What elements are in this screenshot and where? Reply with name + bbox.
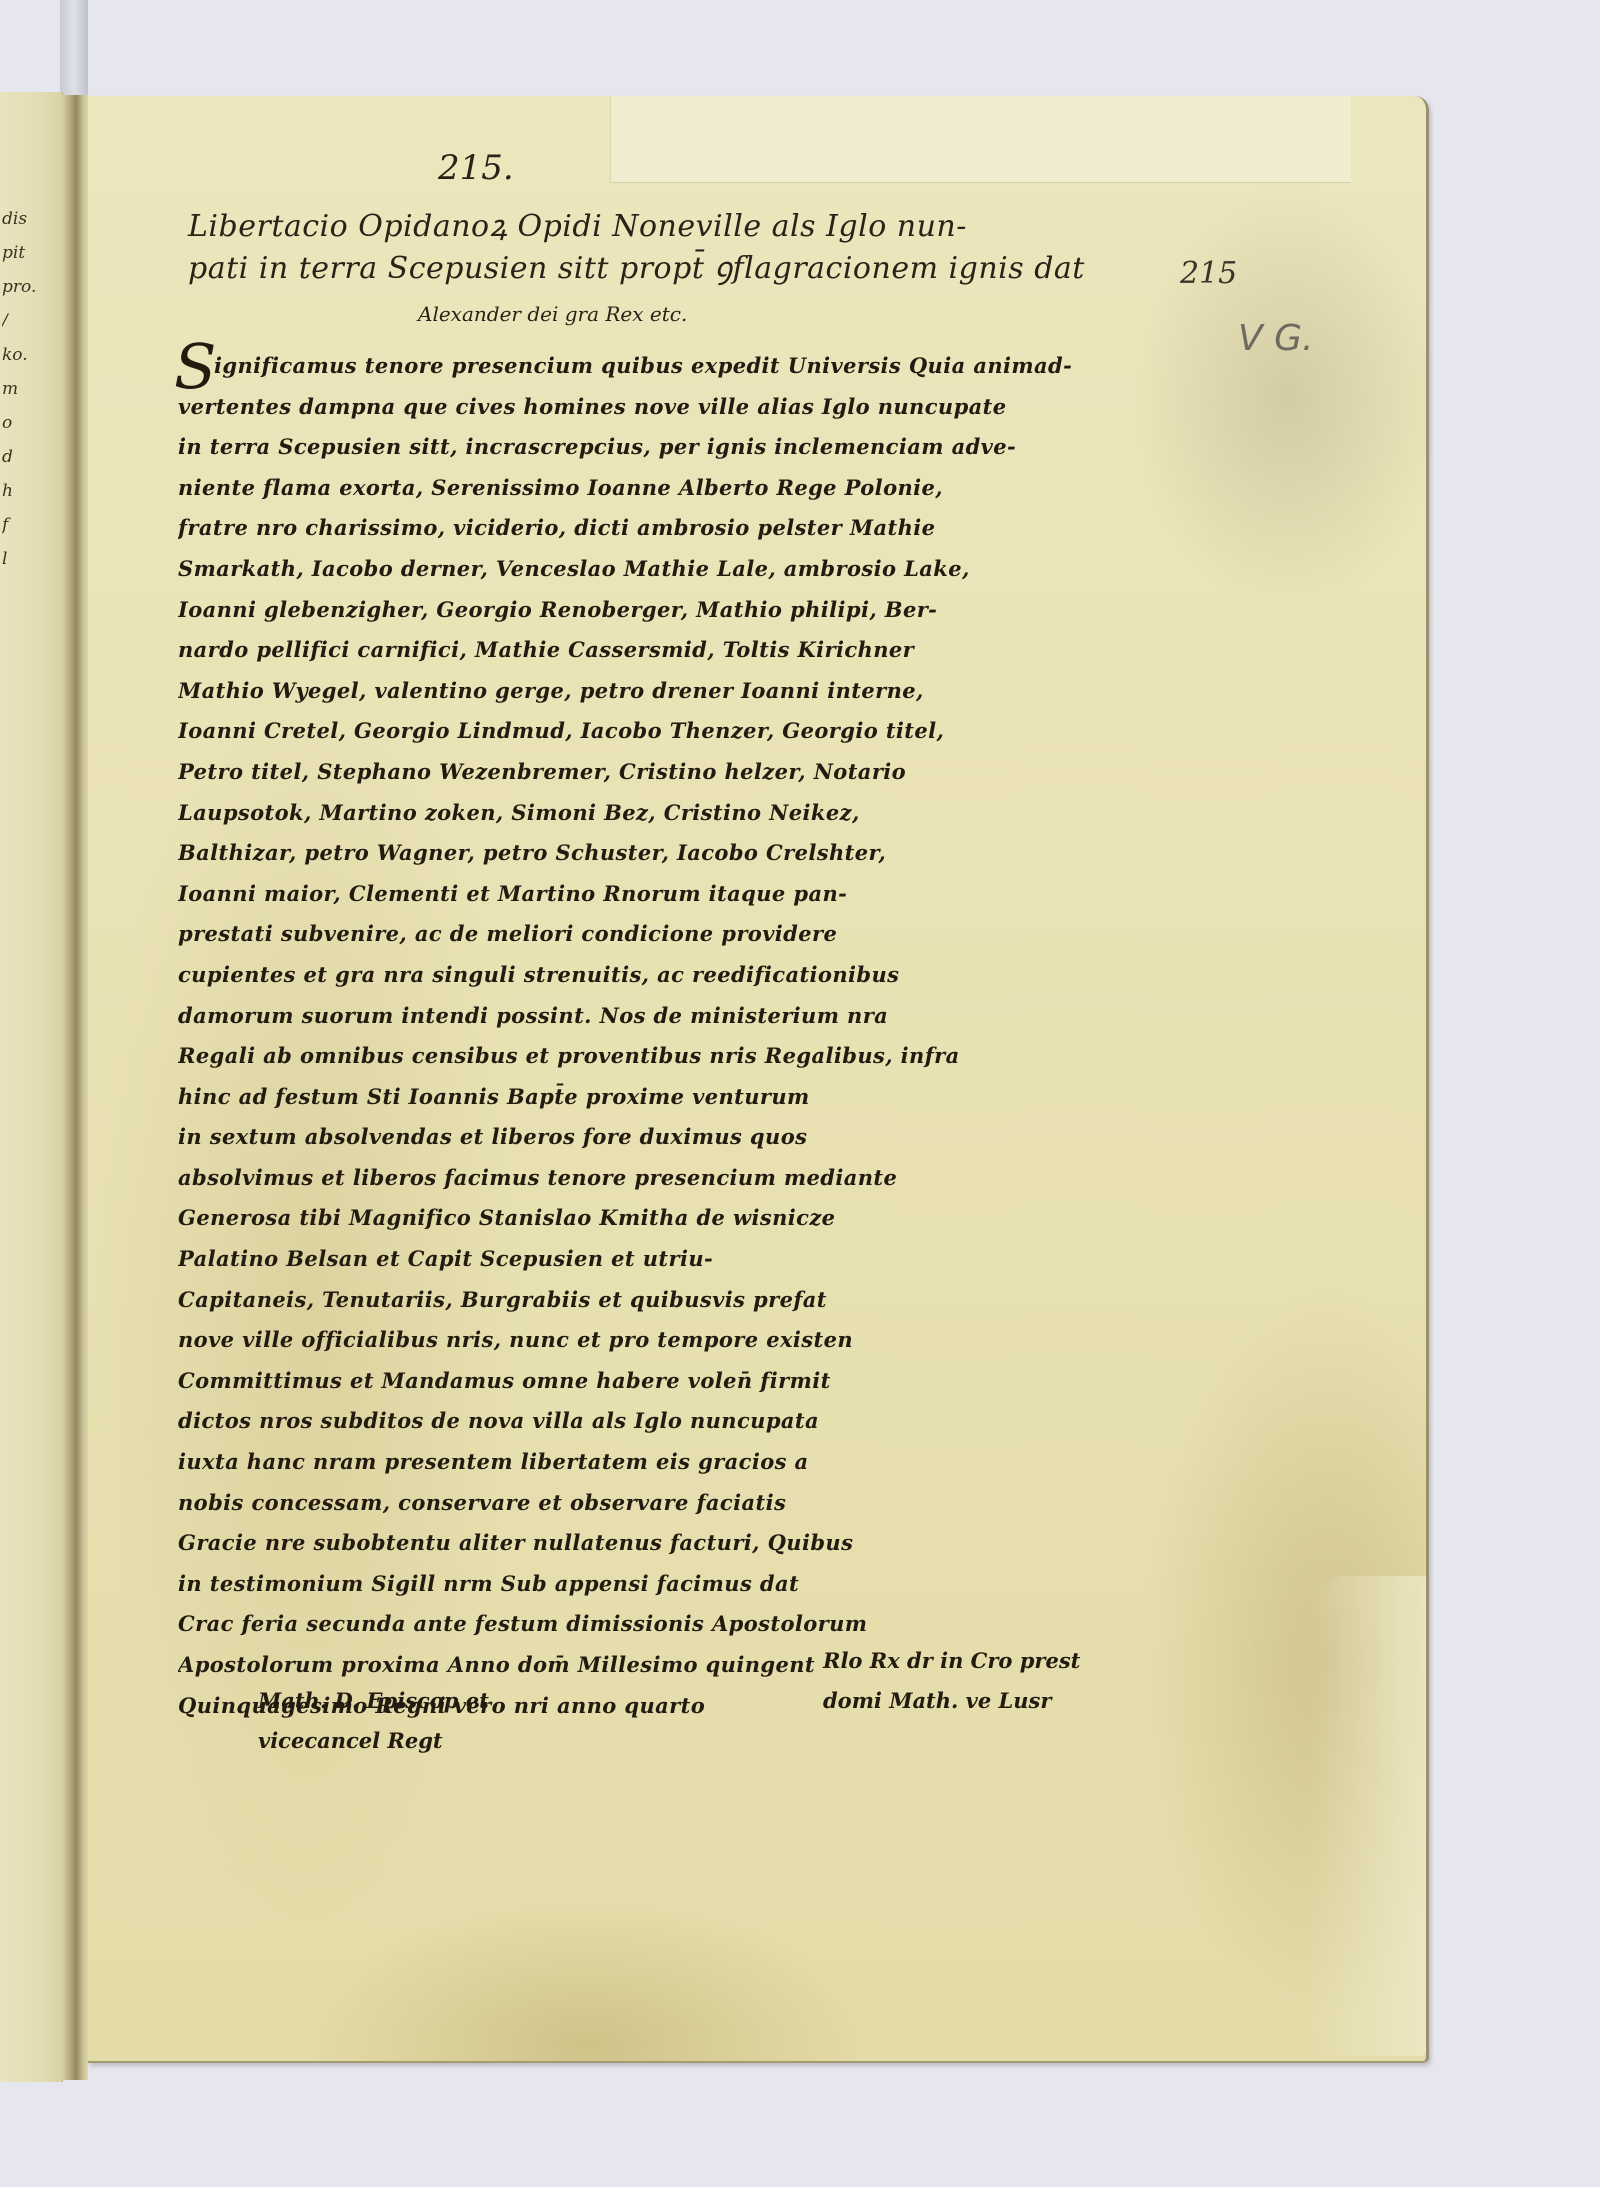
subscription-line: Math. D. Episcop et [258,1681,489,1721]
text-line: Gracie nre subobtentu aliter nullatenus … [178,1523,1298,1564]
text-line: Apostolorum proxima Anno dom̄ Millesimo … [178,1645,1298,1686]
folio-number-margin: 215 [1180,256,1237,291]
text-line: absolvimus et liberos facimus tenore pre… [178,1158,1298,1199]
text-line: fratre nro charissimo, viciderio, dicti … [178,508,1298,549]
fragment: m [2,372,52,406]
text-line: in sextum absolvendas et liberos fore du… [178,1117,1298,1158]
relatio-line: domi Math. ve Lusr [823,1681,1080,1721]
text-line: Ioanni Cretel, Georgio Lindmud, Iacobo T… [178,711,1298,752]
fragment: pit [2,236,52,270]
fragment: o [2,406,52,440]
fragment: l [2,542,52,576]
charter-text: ignificamus tenore presencium quibus exp… [178,346,1298,1726]
text-line: Palatino Belsan et Capit Scepusien et ut… [178,1239,1298,1280]
text-line: iuxta hanc nram presentem libertatem eis… [178,1442,1298,1483]
relatio-note: Rlo Rx dr in Cro prest domi Math. ve Lus… [823,1641,1080,1721]
text-line: ignificamus tenore presencium quibus exp… [178,346,1298,387]
text-line: nobis concessam, conservare et observare… [178,1483,1298,1524]
text-line: nardo pellifici carnifici, Mathie Casser… [178,630,1298,671]
water-stain [1306,1576,1426,2056]
fragment: d [2,440,52,474]
text-line: Ioanni maior, Clementi et Martino Rnorum… [178,874,1298,915]
text-line: hinc ad festum Sti Ioannis Bapt̄e proxim… [178,1077,1298,1118]
text-line: Generosa tibi Magnifico Stanislao Kmitha… [178,1198,1298,1239]
text-line: Laupsotok, Martino zoken, Simoni Bez, Cr… [178,793,1298,834]
text-line: Regali ab omnibus censibus et proventibu… [178,1036,1298,1077]
royal-intitulation: Alexander dei gra Rex etc. [418,302,687,326]
text-line: Committimus et Mandamus omne habere vole… [178,1361,1298,1402]
heading-line-2: pati in terra Scepusien sitt propt̄ ꝯfla… [188,246,1085,287]
manuscript-page: 215. Libertacio Opidanoꝝ Opidi Noneville… [88,96,1429,2063]
folio-number: 215. [438,148,514,188]
text-line: in terra Scepusien sitt, incrascrepcius,… [178,427,1298,468]
text-line: Petro titel, Stephano Wezenbremer, Crist… [178,752,1298,793]
text-line: nove ville officialibus nris, nunc et pr… [178,1320,1298,1361]
binding-clip [60,0,88,100]
text-line: dictos nros subditos de nova villa als I… [178,1401,1298,1442]
fragment: / [2,304,52,338]
book-gutter [62,95,88,2080]
left-page-edge: dis pit pro. / ko. m o d h f l [0,92,63,2082]
subscription-line: vicecancel Regt [258,1721,489,1761]
text-line: Mathio Wyegel, valentino gerge, petro dr… [178,671,1298,712]
fragment: f [2,508,52,542]
text-line: Crac feria secunda ante festum dimission… [178,1604,1298,1645]
text-line: in testimonium Sigill nrm Sub appensi fa… [178,1564,1298,1605]
chancellor-subscription: Math. D. Episcop et vicecancel Regt [258,1681,489,1761]
left-page-text-fragments: dis pit pro. / ko. m o d h f l [2,202,52,576]
text-line: Smarkath, Iacobo derner, Venceslao Mathi… [178,549,1298,590]
text-line: damorum suorum intendi possint. Nos de m… [178,996,1298,1037]
fragment: dis [2,202,52,236]
fragment: h [2,474,52,508]
text-line: Balthizar, petro Wagner, petro Schuster,… [178,833,1298,874]
text-line: niente flama exorta, Serenissimo Ioanne … [178,468,1298,509]
heading-line-1: Libertacio Opidanoꝝ Opidi Noneville als … [188,204,967,245]
text-line: prestati subvenire, ac de meliori condic… [178,914,1298,955]
text-line: cupientes et gra nra singuli strenuitis,… [178,955,1298,996]
text-line: vertentes dampna que cives homines nove … [178,387,1298,428]
relatio-line: Rlo Rx dr in Cro prest [823,1641,1080,1681]
text-line: Capitaneis, Tenutariis, Burgrabiis et qu… [178,1280,1298,1321]
paper-repair-patch [610,96,1351,183]
fragment: ko. [2,338,52,372]
text-line: Ioanni glebenzigher, Georgio Renoberger,… [178,590,1298,631]
fragment: pro. [2,270,52,304]
